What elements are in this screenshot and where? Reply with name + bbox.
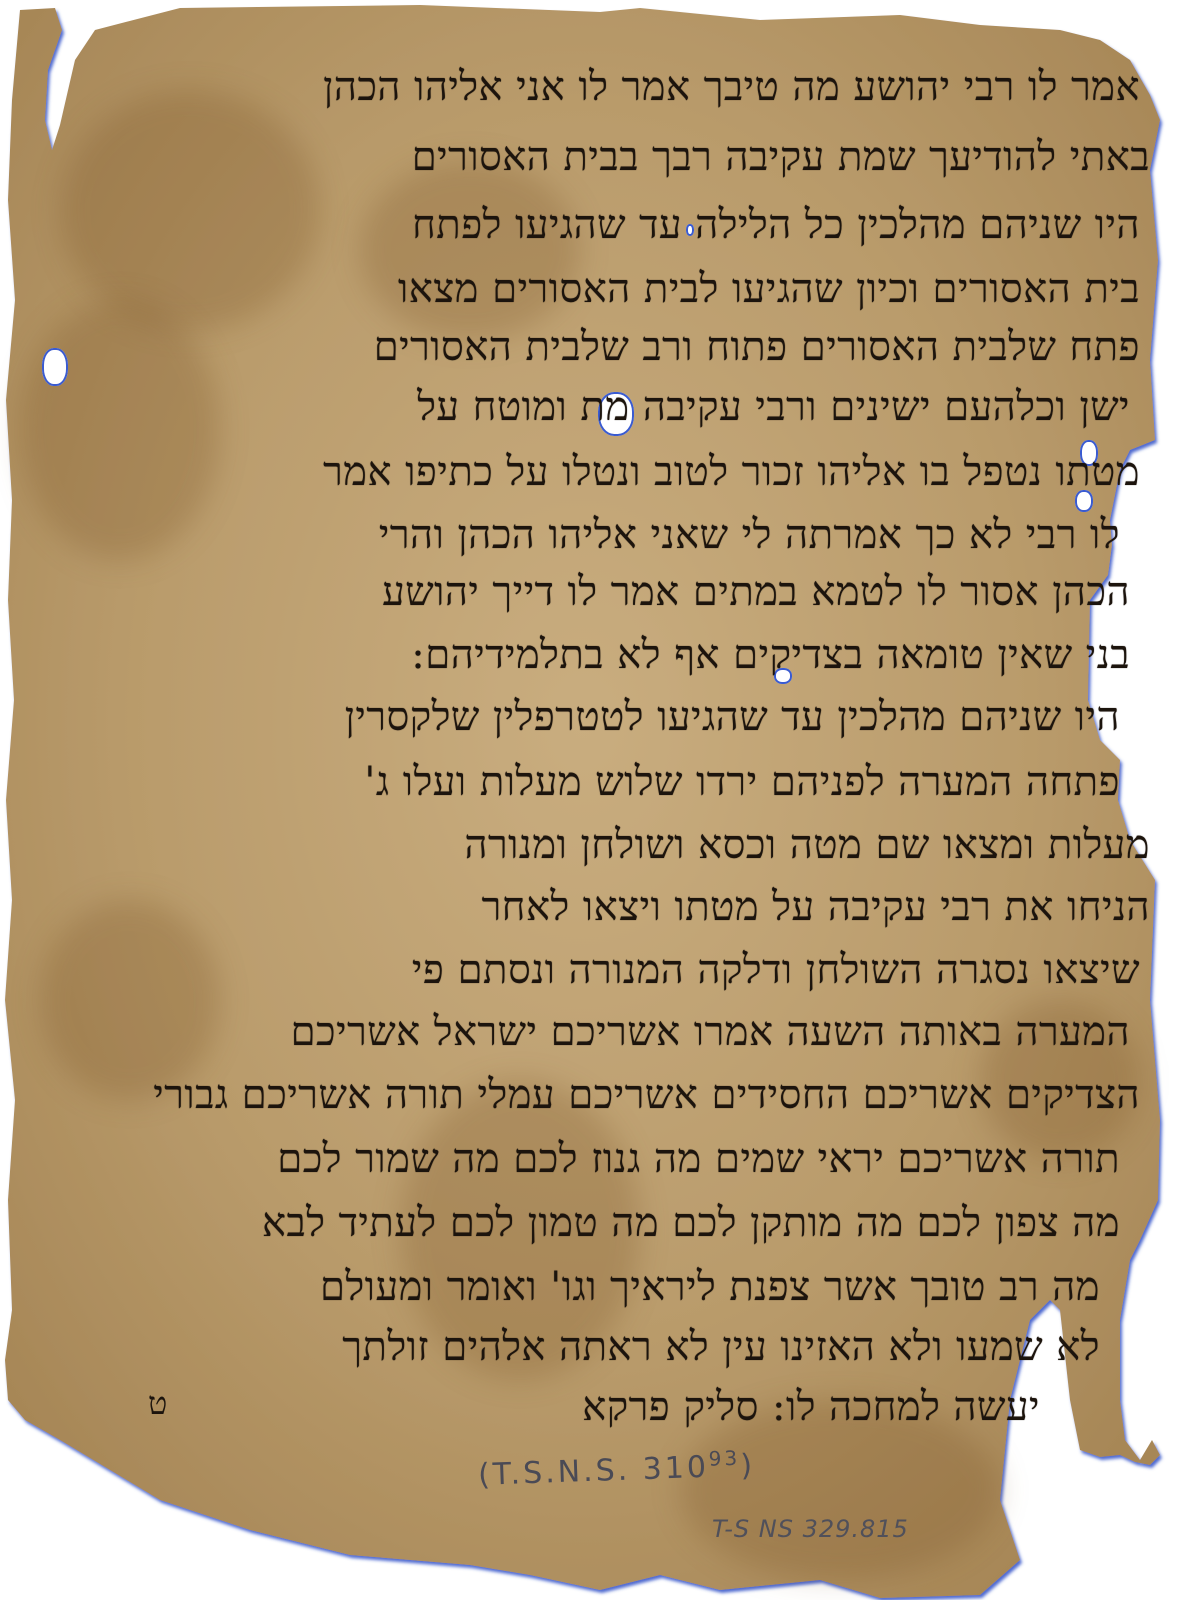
text-line: הצדיקים אשריכם החסידים אשריכם עמלי תורה … [153, 1066, 1140, 1124]
text-line: שיצאו נסגרה השולחן ודלקה המנורה ונסתם פי [412, 941, 1140, 999]
text-line: הניחו את רבי עקיבה על מטתו ויצאו לאחר [482, 878, 1150, 936]
new-shelfmark: T-S NS 329.815 [712, 1515, 909, 1543]
water-stain [60, 90, 320, 330]
text-line: לו רבי לא כך אמרתה לי שאני אליהו הכהן וה… [379, 506, 1120, 564]
text-line: היו שניהם מהלכין עד שהגיעו לטטרפלין שלקס… [345, 688, 1120, 746]
text-line: בני שאין טומאה בצדיקים אף לא בתלמידיהם: [411, 626, 1130, 684]
shelfmark-sup: 93 [708, 1446, 740, 1471]
text-line: לא שמעו ולא האזינו עין לא ראתה אלהים זול… [342, 1318, 1100, 1376]
text-line: מטתו נטפל בו אליהו זכור לטוב ונטלו על כת… [323, 443, 1140, 501]
text-line: המערה באותה השעה אמרו אשריכם ישראל אשריכ… [291, 1003, 1130, 1061]
text-line: פתחה המערה לפניהם ירדו שלוש מעלות ועלו ג… [364, 753, 1120, 811]
shelfmark-close: ) [740, 1448, 756, 1483]
text-line: ישן וכלהעם ישינים ורבי עקיבה מת ומוטח על [417, 378, 1130, 436]
water-stain [20, 300, 220, 560]
worm-hole [42, 348, 68, 386]
text-line: אמר לו רבי יהושע מה טיבך אמר לו אני אליה… [323, 58, 1140, 116]
margin-mark: ט [148, 1384, 167, 1422]
manuscript-viewer: אמר לו רבי יהושע מה טיבך אמר לו אני אליה… [0, 0, 1190, 1600]
text-line: הכהן אסור לו לטמא במתים אמר לו דייך יהוש… [382, 563, 1130, 621]
text-line: יעשה למחכה לו: סליק פרקא [582, 1378, 1040, 1436]
text-line: היו שניהם מהלכין כל הלילה עד שהגיעו לפתח [412, 196, 1140, 254]
text-line: תורה אשריכם יראי שמים מה גנוז לכם מה שמו… [277, 1130, 1120, 1188]
text-line: באתי להודיעך שמת עקיבה רבך בבית האסורים [412, 128, 1150, 186]
text-line: מה צפון לכם מה מותקן לכם מה טמון לכם לעת… [262, 1194, 1120, 1252]
text-line: בית האסורים וכיון שהגיעו לבית האסורים מצ… [398, 260, 1140, 318]
text-line: מעלות ומצאו שם מטה וכסא ושולחן ומנורה [464, 816, 1150, 874]
text-line: פתח שלבית האסורים פתוח ורב שלבית האסורים [374, 318, 1140, 376]
text-line: מה רב טובך אשר צפנת ליראיך וגו' ואומר ומ… [320, 1258, 1100, 1316]
